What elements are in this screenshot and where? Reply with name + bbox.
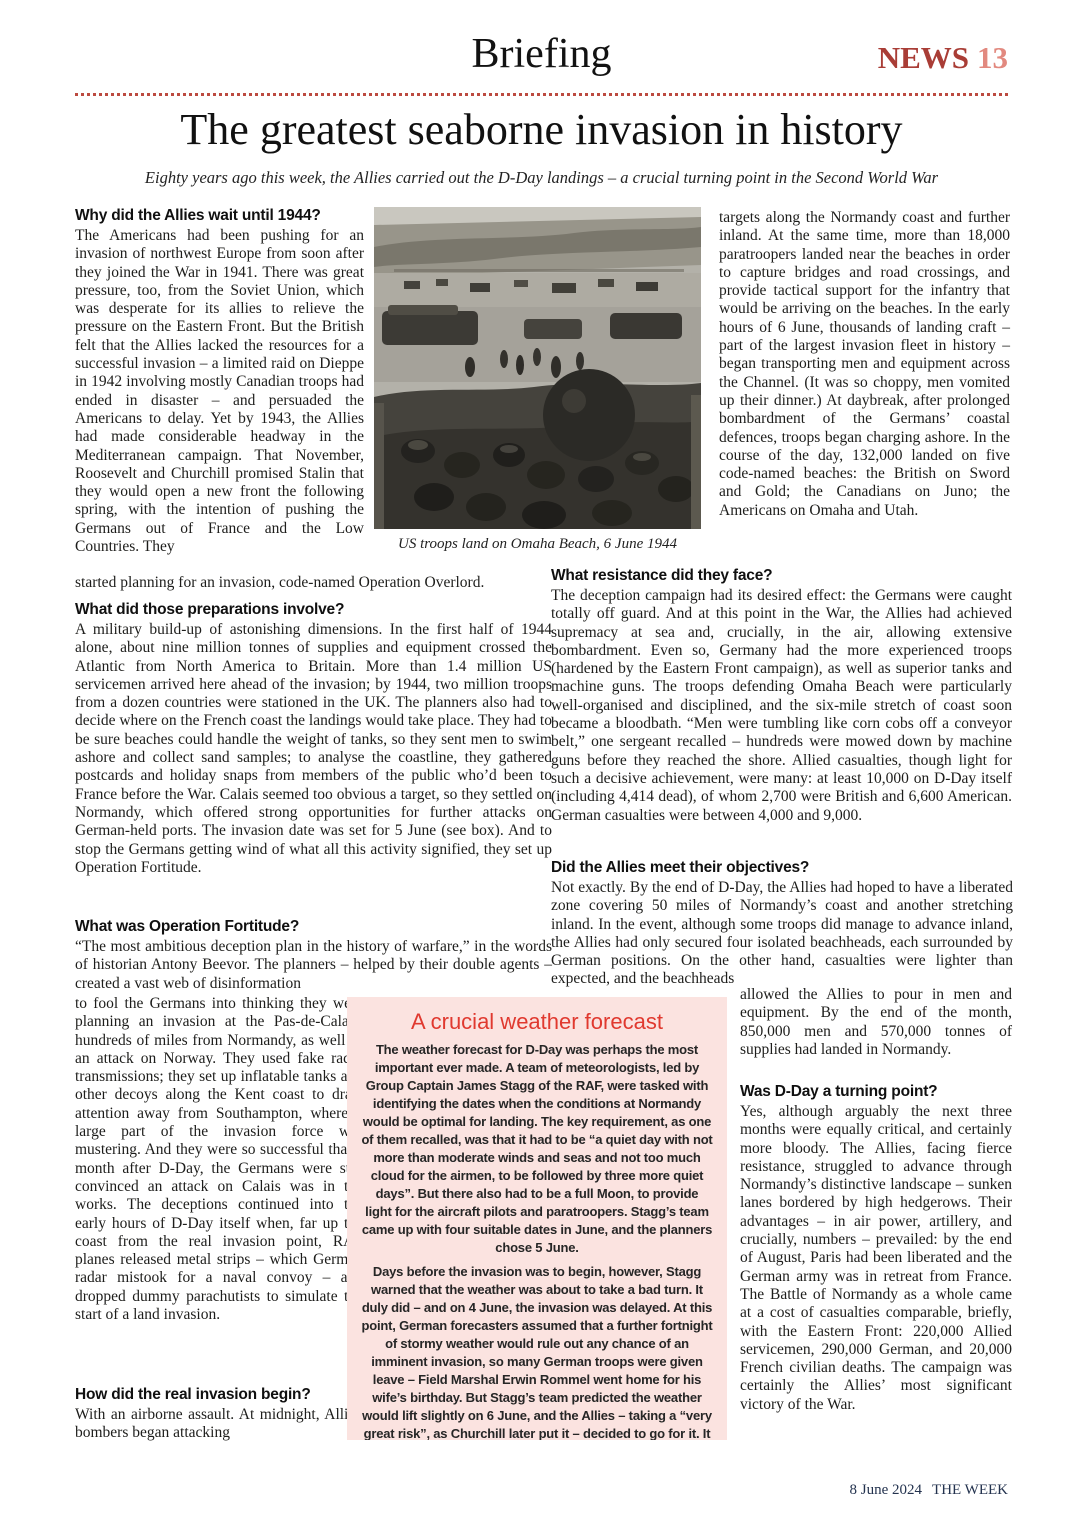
folio-news-label: NEWS <box>878 40 969 75</box>
answer-text: Yes, although arguably the next three mo… <box>740 1103 1012 1414</box>
page-folio: NEWS13 <box>878 40 1008 76</box>
answer-text: “The most ambitious deception plan in th… <box>75 938 552 993</box>
question-heading: Why did the Allies wait until 1944? <box>75 206 364 225</box>
qa-section-fortitude: What was Operation Fortitude? “The most … <box>75 917 552 993</box>
answer-text: targets along the Normandy coast and fur… <box>719 209 1010 520</box>
qa-section-objectives: Did the Allies meet their objectives? No… <box>551 858 1013 989</box>
answer-text: Not exactly. By the end of D-Day, the Al… <box>551 879 1013 989</box>
article-title: The greatest seaborne invasion in histor… <box>0 104 1083 155</box>
answer-text: started planning for an invasion, code-n… <box>75 574 547 592</box>
answer-text: With an airborne assault. At midnight, A… <box>75 1406 363 1443</box>
qa-section-preparations: What did those preparations involve? A m… <box>75 600 552 877</box>
answer-text: The deception campaign had its desired e… <box>551 587 1012 825</box>
question-heading: What was Operation Fortitude? <box>75 917 552 936</box>
article-standfirst: Eighty years ago this week, the Allies c… <box>0 168 1083 188</box>
answer-text: to fool the Germans into thinking they w… <box>75 995 363 1324</box>
qa-section-fortitude-continuation: to fool the Germans into thinking they w… <box>75 995 363 1324</box>
question-heading: What did those preparations involve? <box>75 600 552 619</box>
weather-forecast-box: A crucial weather forecast The weather f… <box>347 997 727 1440</box>
box-paragraph: Days before the invasion was to begin, h… <box>361 1263 713 1440</box>
folio-page-number: 13 <box>977 40 1008 75</box>
qa-section-objectives-continuation: allowed the Allies to pour in men and eq… <box>740 986 1012 1059</box>
qa-section-invasion-continuation: targets along the Normandy coast and fur… <box>719 209 1010 520</box>
box-paragraph: The weather forecast for D-Day was perha… <box>361 1041 713 1257</box>
question-heading: Was D-Day a turning point? <box>740 1082 1012 1101</box>
question-heading: Did the Allies meet their objectives? <box>551 858 1013 877</box>
footer-date: 8 June 2024 <box>850 1482 923 1498</box>
dday-photo-illustration <box>374 207 701 529</box>
footer-publication: THE WEEK <box>932 1482 1008 1498</box>
question-heading: What resistance did they face? <box>551 566 1012 585</box>
qa-section-resistance: What resistance did they face? The decep… <box>551 566 1012 825</box>
qa-section-turning-point: Was D-Day a turning point? Yes, although… <box>740 1082 1012 1414</box>
answer-text: A military build-up of astonishing dimen… <box>75 621 552 877</box>
magazine-page: Briefing NEWS13 The greatest seaborne in… <box>0 0 1083 1531</box>
answer-text: allowed the Allies to pour in men and eq… <box>740 986 1012 1059</box>
photo-caption: US troops land on Omaha Beach, 6 June 19… <box>374 536 701 553</box>
qa-section-why-wait: Why did the Allies wait until 1944? The … <box>75 206 364 556</box>
question-heading: How did the real invasion begin? <box>75 1385 363 1404</box>
qa-section-why-wait-continuation: started planning for an invasion, code-n… <box>75 574 547 592</box>
dotted-divider <box>75 93 1008 96</box>
qa-section-invasion-begin: How did the real invasion begin? With an… <box>75 1385 363 1443</box>
box-title: A crucial weather forecast <box>361 1009 713 1035</box>
page-footer: 8 June 2024THE WEEK <box>850 1482 1008 1499</box>
answer-text: The Americans had been pushing for an in… <box>75 227 364 556</box>
article-photo: US troops land on Omaha Beach, 6 June 19… <box>374 207 701 553</box>
